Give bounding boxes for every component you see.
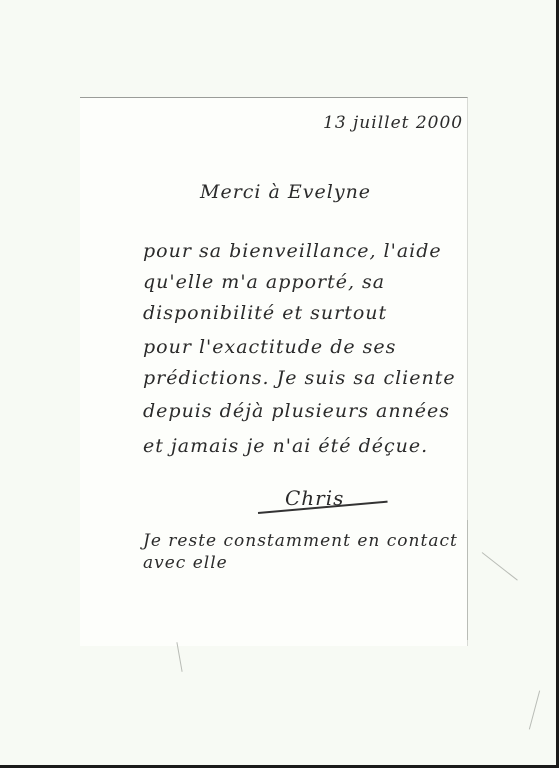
scan-artifact <box>176 642 182 672</box>
postscript-line: avec elle <box>143 553 228 573</box>
scan-artifact <box>482 552 518 580</box>
body-line: disponibilité et surtout <box>143 302 387 324</box>
letter-greeting: Merci à Evelyne <box>200 181 371 203</box>
body-line: depuis déjà plusieurs années <box>143 400 450 422</box>
body-line: pour sa bienveillance, l'aide <box>143 240 442 262</box>
body-line: pour l'exactitude de ses <box>143 336 396 358</box>
letter-date: 13 juillet 2000 <box>323 113 463 133</box>
body-line: qu'elle m'a apporté, sa <box>143 271 385 293</box>
scan-artifact <box>467 520 468 640</box>
body-line: prédictions. Je suis sa cliente <box>143 367 456 389</box>
body-line: et jamais je n'ai été déçue. <box>143 435 428 457</box>
postscript-line: Je reste constamment en contact <box>143 531 458 551</box>
scan-artifact <box>529 691 540 730</box>
